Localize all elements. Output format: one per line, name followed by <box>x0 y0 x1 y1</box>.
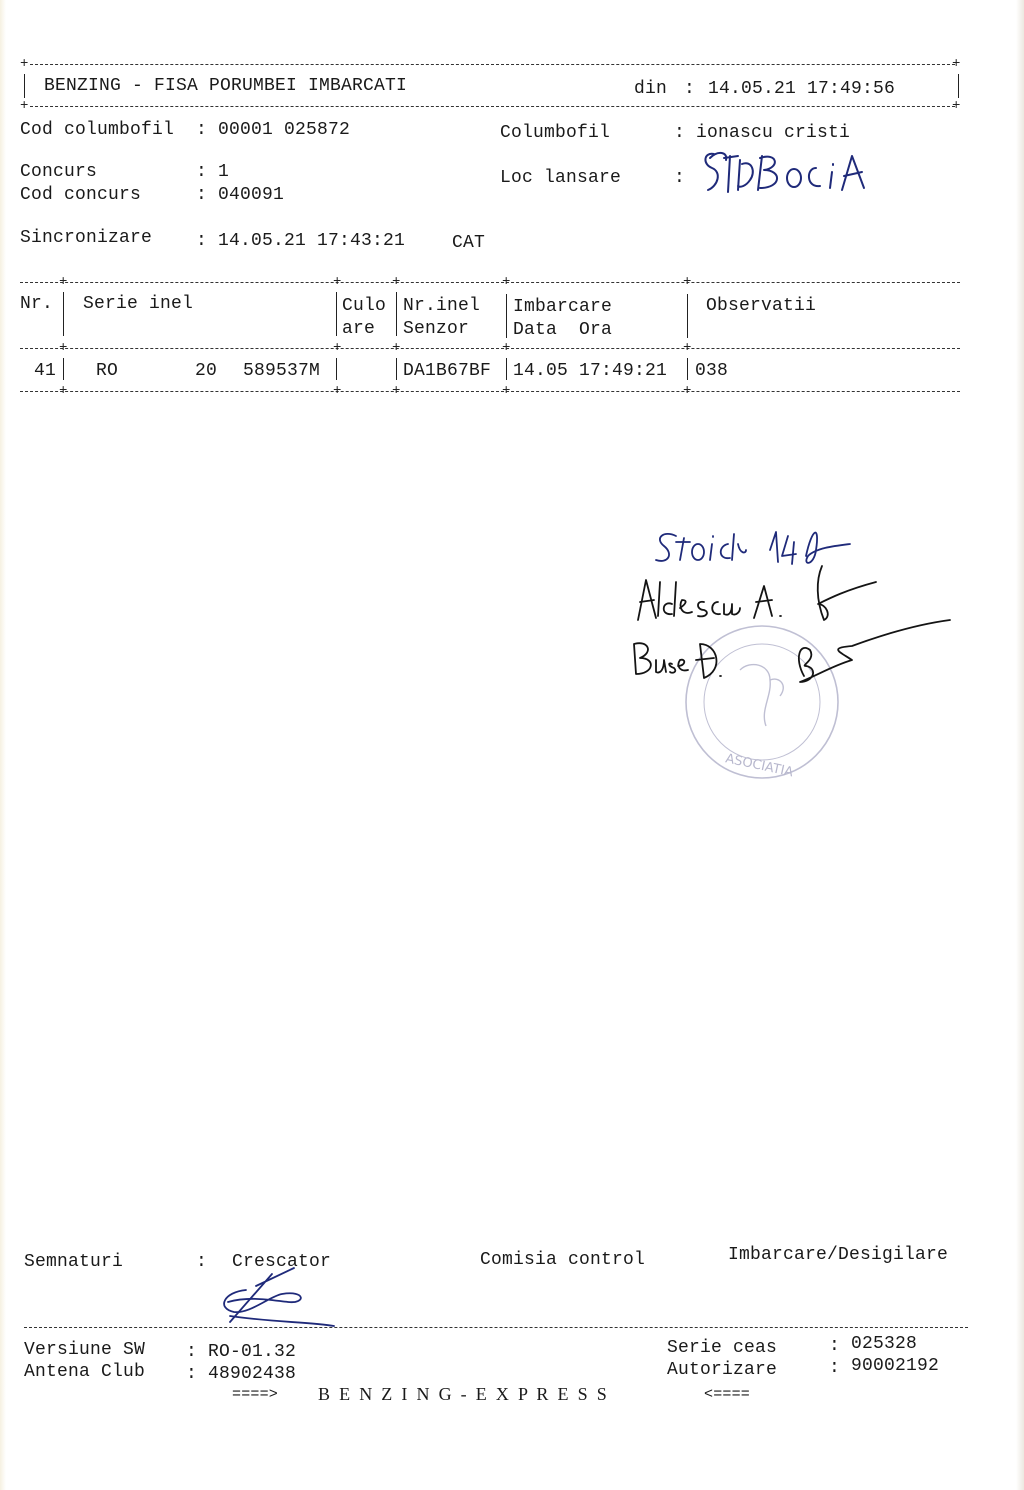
colon: : <box>684 80 695 98</box>
document-title: BENZING - FISA PORUMBEI IMBARCATI <box>44 77 407 95</box>
cross: + <box>392 275 400 289</box>
cross: + <box>683 384 691 398</box>
col-divider <box>687 358 688 380</box>
imbarcare-desigilare-label: Imbarcare/Desigilare <box>728 1246 948 1264</box>
banner-arrow-left: ====> <box>232 1387 278 1402</box>
footer-separator <box>24 1327 968 1328</box>
autorizare-label: Autorizare <box>667 1361 777 1379</box>
cod-concurs-label: Cod concurs <box>20 186 141 204</box>
col-header-imbarcare-1: Imbarcare <box>513 298 612 316</box>
col-divider <box>63 358 64 380</box>
print-date-value: 14.05.21 17:49:56 <box>708 80 895 98</box>
col-divider <box>687 294 688 338</box>
cross: + <box>502 341 510 355</box>
corner-plus: + <box>20 57 28 71</box>
cross: + <box>392 384 400 398</box>
table-header-separator <box>20 348 960 349</box>
colon: : <box>196 232 207 250</box>
sincronizare-value: 14.05.21 17:43:21 <box>218 232 405 250</box>
col-divider <box>506 294 507 338</box>
sincronizare-label: Sincronizare <box>20 229 152 247</box>
colon: : <box>829 1359 840 1377</box>
colon: : <box>196 121 207 139</box>
colon: : <box>186 1343 197 1361</box>
header-bottom-border <box>30 106 955 107</box>
header-left-border <box>24 74 25 98</box>
autorizare-value: 90002192 <box>851 1357 939 1375</box>
handwritten-loc-lansare <box>700 146 880 198</box>
versiune-sw-label: Versiune SW <box>24 1341 145 1359</box>
columbofil-value: ionascu cristi <box>696 124 850 142</box>
columbofil-label: Columbofil <box>500 124 610 142</box>
commission-signatures: ASOCIATIA <box>620 520 960 790</box>
cod-columbofil-value: 00001 025872 <box>218 121 350 139</box>
table-top-border <box>20 282 960 283</box>
benzing-express-banner: B E N Z I N G - E X P R E S S <box>318 1385 609 1403</box>
cod-concurs-value: 040091 <box>218 186 284 204</box>
col-divider <box>336 358 337 380</box>
comisia-control-label: Comisia control <box>480 1251 645 1269</box>
col-header-nr-inel-2: Senzor <box>403 320 469 338</box>
col-divider <box>506 358 507 380</box>
cell-year: 20 <box>195 362 217 380</box>
corner-plus: + <box>952 57 960 71</box>
serie-ceas-label: Serie ceas <box>667 1339 777 1357</box>
col-header-serie-inel: Serie inel <box>83 295 193 313</box>
colon: : <box>196 186 207 204</box>
col-header-culoare-2: are <box>342 320 375 338</box>
col-divider <box>396 292 397 336</box>
cell-observatii: 038 <box>695 362 728 380</box>
corner-plus: + <box>20 99 28 113</box>
antena-club-value: 48902438 <box>208 1365 296 1383</box>
banner-arrow-right: <==== <box>704 1387 750 1402</box>
cross: + <box>392 341 400 355</box>
cross: + <box>502 275 510 289</box>
cross: + <box>333 341 341 355</box>
concurs-label: Concurs <box>20 163 97 181</box>
colon: : <box>186 1365 197 1383</box>
paper-edge-right <box>1016 0 1024 1490</box>
corner-plus: + <box>952 99 960 113</box>
col-header-nr: Nr. <box>20 295 53 313</box>
colon: : <box>829 1337 840 1355</box>
cross: + <box>683 341 691 355</box>
col-divider <box>336 292 337 336</box>
cod-columbofil-label: Cod columbofil <box>20 121 174 139</box>
header-right-border <box>958 74 959 98</box>
table-bottom-border <box>20 391 960 392</box>
colon: : <box>674 124 685 142</box>
print-date-label: din <box>634 80 667 98</box>
cross: + <box>502 384 510 398</box>
cross: + <box>59 275 67 289</box>
cross: + <box>333 275 341 289</box>
concurs-value: 1 <box>218 163 229 181</box>
col-header-imbarcare-2: Data Ora <box>513 321 612 339</box>
colon: : <box>196 163 207 181</box>
colon: : <box>674 169 685 187</box>
cross: + <box>59 341 67 355</box>
sincronizare-suffix: CAT <box>452 234 485 252</box>
col-header-observatii: Observatii <box>706 297 816 315</box>
semnaturi-label: Semnaturi <box>24 1253 123 1271</box>
colon: : <box>196 1253 207 1271</box>
serie-ceas-value: 025328 <box>851 1335 917 1353</box>
cell-nr: 41 <box>34 362 56 380</box>
cross: + <box>59 384 67 398</box>
versiune-sw-value: RO-01.32 <box>208 1343 296 1361</box>
cell-country: RO <box>96 362 118 380</box>
col-divider <box>396 358 397 380</box>
col-header-culoare-1: Culo <box>342 297 386 315</box>
cross: + <box>683 275 691 289</box>
club-stamp: ASOCIATIA <box>686 626 838 780</box>
breeder-signature <box>210 1266 350 1336</box>
loc-lansare-label: Loc lansare <box>500 169 621 187</box>
cell-ring: 589537M <box>243 362 320 380</box>
antena-club-label: Antena Club <box>24 1363 145 1381</box>
paper-edge-left <box>0 0 6 1490</box>
col-divider <box>63 292 64 336</box>
header-top-border <box>30 64 955 65</box>
cell-senzor: DA1B67BF <box>403 362 491 380</box>
col-header-nr-inel-1: Nr.inel <box>403 297 480 315</box>
cell-data-ora: 14.05 17:49:21 <box>513 362 667 380</box>
cross: + <box>333 384 341 398</box>
